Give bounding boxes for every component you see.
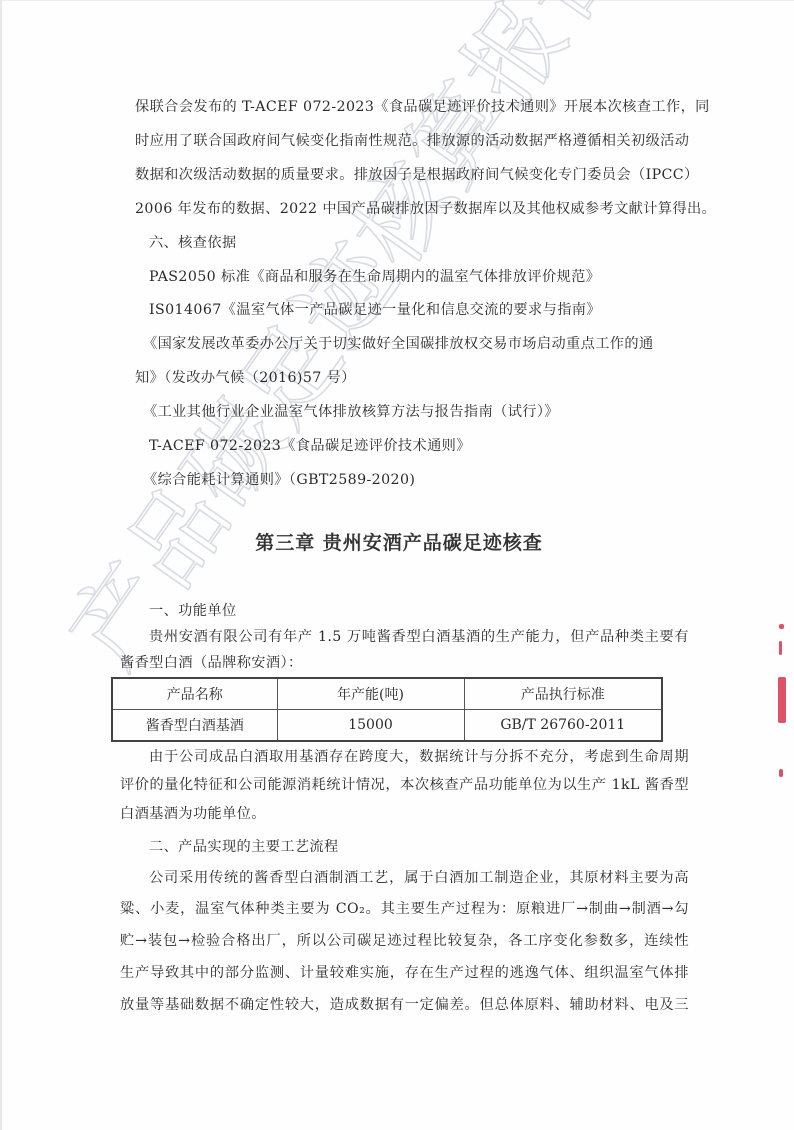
seal-mark [779,624,784,629]
basis-item: T-ACEF 072-2023《食品碳足迹评价技术通则》 [149,436,471,456]
document-page: 产品碳足迹核算报告 保联合会发布的 T-ACEF 072-2023《食品碳足迹评… [0,0,794,1130]
paragraph-line: 公司采用传统的酱香型白酒制酒工艺，属于白酒加工制造企业，其原材料主要为高 [149,868,689,888]
basis-item: 《综合能耗计算通则》（GBT2589-2020) [143,470,415,490]
product-table: 产品名称 年产能(吨) 产品执行标准 酱香型白酒基酒 15000 GB/T 26… [111,677,663,742]
paragraph-line: 时应用了联合国政府间气候变化指南性规范。排放源的活动数据严格遵循相关初级活动 [135,131,689,151]
seal-mark [778,677,786,723]
basis-item: 《工业其他行业企业温室气体排放核算方法与报告指南（试行）》 [143,402,559,422]
table-header: 产品执行标准 [464,678,662,710]
paragraph-line: 粱、小麦，温室气体种类主要为 CO₂。其主要生产过程为：原粮进厂→制曲→制酒→勾 [120,899,689,919]
table-cell: GB/T 26760-2011 [464,710,662,742]
table-cell: 15000 [277,710,464,742]
table-row: 酱香型白酒基酒 15000 GB/T 26760-2011 [112,710,662,742]
section-title-functional-unit: 一、功能单位 [149,601,237,621]
basis-item: PAS2050 标准《商品和服务在生命周期内的温室气体排放评价规范》 [149,267,600,287]
paragraph-line: 贵州安酒有限公司有年产 1.5 万吨酱香型白酒基酒的生产能力，但产品种类主要有 [149,627,689,647]
paragraph-line: 2006 年发布的数据、2022 中国产品碳排放因子数据库以及其他权威参考文献计… [135,199,689,219]
table-header-row: 产品名称 年产能(吨) 产品执行标准 [112,678,662,710]
table-header: 年产能(吨) [277,678,464,710]
paragraph-line: 保联合会发布的 T-ACEF 072-2023《食品碳足迹评价技术通则》开展本次… [135,97,689,117]
seal-mark [779,641,782,655]
table-cell: 酱香型白酒基酒 [112,710,277,742]
basis-item: IS014067《温室气体一产品碳足迹一量化和信息交流的要求与指南》 [149,300,601,320]
paragraph-line: 贮→装包→检验合格出厂，所以公司碳足迹过程比较复杂，各工序变化参数多，连续性 [120,931,689,951]
paragraph-line: 放量等基础数据不确定性较大，造成数据有一定偏差。但总体原料、辅助材料、电及三 [120,995,689,1015]
paragraph-line: 数据和次级活动数据的质量要求。排放因子是根据政府间气候变化专门委员会（IPCC） [135,165,689,185]
paragraph-line: 评价的量化特征和公司能源消耗统计情况，本次核查产品功能单位为以生产 1kL 酱香… [120,775,689,795]
paragraph-line: 生产导致其中的部分监测、计量较难实施，存在生产过程的逃逸气体、组织温室气体排 [120,963,689,983]
chapter-title: 第三章 贵州安酒产品碳足迹核查 [2,528,794,555]
paragraph-line: 白酒基酒为功能单位。 [120,804,266,824]
paragraph-line: 由于公司成品白酒取用基酒存在跨度大，数据统计与分拆不充分，考虑到生命周期 [149,747,689,767]
table-header: 产品名称 [112,678,277,710]
section-title-basis: 六、核查依据 [149,233,237,253]
section-title-process: 二、产品实现的主要工艺流程 [149,837,339,857]
seal-mark [779,769,783,777]
basis-item: 知》（发改办气候（2016)57 号） [135,368,356,388]
basis-item: 《国家发展改革委办公厅关于切实做好全国碳排放权交易市场启动重点工作的通 [143,334,654,354]
paragraph-line: 酱香型白酒（品牌称安酒）： [120,653,303,673]
